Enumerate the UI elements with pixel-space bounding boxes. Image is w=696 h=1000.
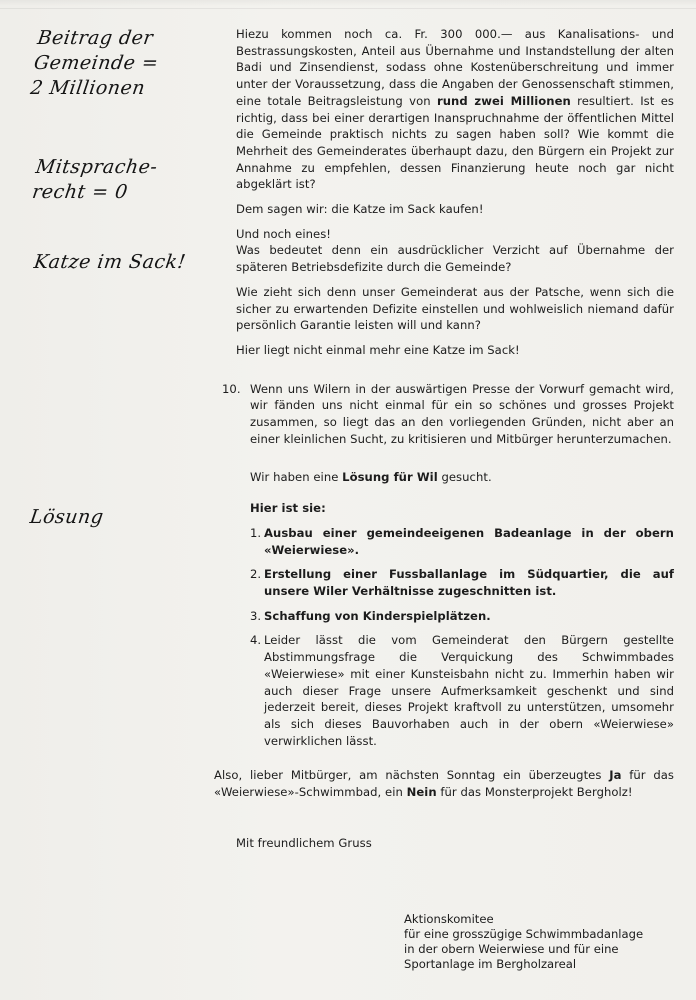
paragraph-waiver: Was bedeutet denn ein ausdrücklicher Ver… bbox=[236, 242, 674, 275]
paragraph-costs: Hiezu kommen noch ca. Fr. 300 000.— aus … bbox=[236, 26, 674, 193]
solution-heading: Hier ist sie: bbox=[236, 500, 674, 517]
solution-list: 1.Ausbau einer gemeindeeigenen Badeanlag… bbox=[236, 525, 674, 749]
document-page: Beitrag der Gemeinde = 2 Millionen Mitsp… bbox=[0, 0, 696, 1000]
paragraph-deficits: Wie zieht sich denn unser Gemeinderat au… bbox=[236, 284, 674, 334]
letter-body: Hiezu kommen noch ca. Fr. 300 000.— aus … bbox=[236, 26, 674, 859]
margin-note-contribution: Beitrag der Gemeinde = 2 Millionen bbox=[29, 26, 164, 101]
paragraph-cat-in-sack: Dem sagen wir: die Katze im Sack kaufen! bbox=[236, 201, 674, 218]
margin-note-cat: Katze im Sack! bbox=[32, 250, 187, 275]
solution-item: 3.Schaffung von Kinderspielplätzen. bbox=[250, 608, 674, 625]
highlight-two-million: rund zwei Millionen bbox=[437, 94, 571, 108]
solution-item: 4.Leider lässt die vom Gemeinderat den B… bbox=[250, 632, 674, 749]
signature-block: Aktionskomitee für eine grosszügige Schw… bbox=[404, 912, 694, 972]
solution-item: 2.Erstellung einer Fussballanlage im Süd… bbox=[250, 566, 674, 599]
solution-intro: Wir haben eine Lösung für Wil gesucht. bbox=[236, 469, 674, 486]
margin-note-solution: Lösung bbox=[28, 505, 105, 530]
paragraph-one-more: Und noch eines! bbox=[236, 226, 674, 243]
solution-item: 1.Ausbau einer gemeindeeigenen Badeanlag… bbox=[250, 525, 674, 558]
closing-appeal: Also, lieber Mitbürger, am nächsten Sonn… bbox=[214, 767, 674, 800]
paper-fold bbox=[0, 8, 696, 9]
paragraph-no-cat: Hier liegt nicht einmal mehr eine Katze … bbox=[236, 342, 674, 359]
margin-note-say: Mitsprache- recht = 0 bbox=[30, 155, 159, 205]
greeting: Mit freundlichem Gruss bbox=[236, 835, 674, 852]
point-10: 10. Wenn uns Wilern in der auswärtigen P… bbox=[236, 381, 674, 448]
